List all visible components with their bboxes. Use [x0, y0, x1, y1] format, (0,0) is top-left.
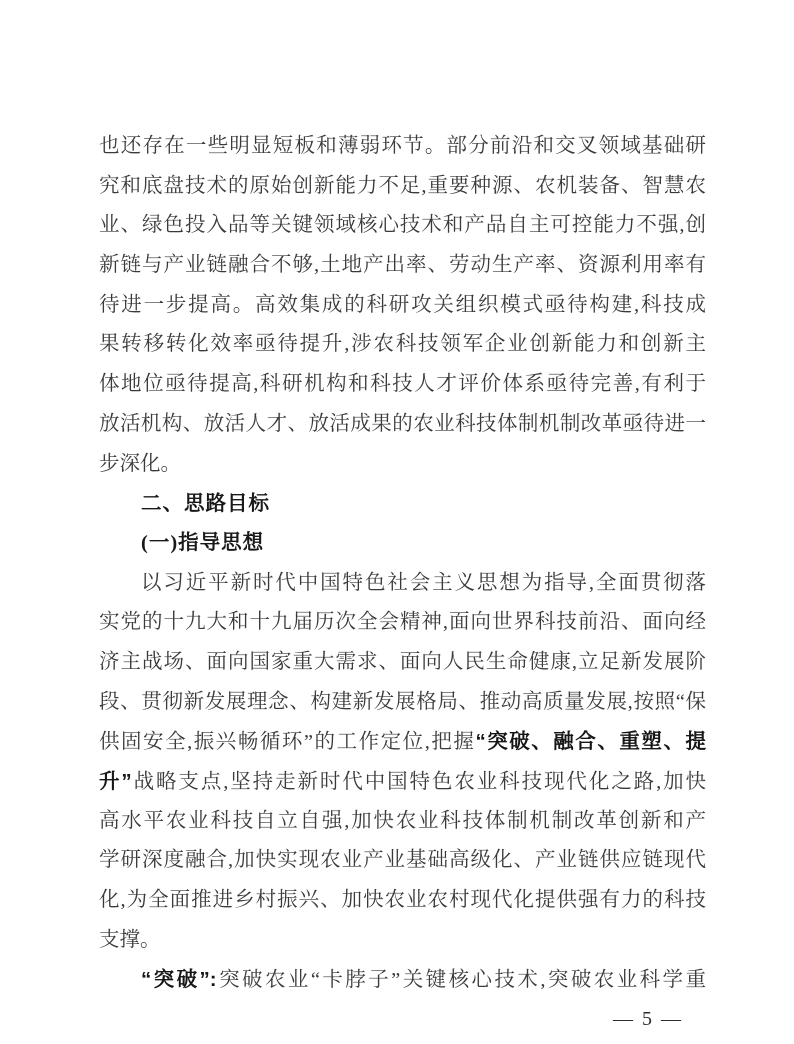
- text-segment: 体地位亟待提高,科研机构和科技人才评价体系亟待完善,有利于: [99, 373, 706, 395]
- para-shortcomings-line: 体地位亟待提高,科研机构和科技人才评价体系亟待完善,有利于: [99, 365, 706, 405]
- para-guiding-thought-line: 化,为全面推进乡村振兴、加快农业农村现代化提供强有力的科技: [99, 881, 706, 921]
- para-breakthrough-line: “突破”:突破农业“卡脖子”关键核心技术,突破农业科学重: [99, 960, 706, 1000]
- text-segment: 供固安全,振兴畅循环”的工作定位,把握: [99, 731, 475, 753]
- document-page: 也还存在一些明显短板和薄弱环节。部分前沿和交叉领域基础研究和底盘技术的原始创新能…: [0, 0, 794, 1044]
- para-shortcomings-line: 果转移转化效率亟待提升,涉农科技领军企业创新能力和创新主: [99, 325, 706, 365]
- bold-text-segment: 升”: [99, 770, 132, 793]
- para-shortcomings-line: 新链与产业链融合不够,土地产出率、劳动生产率、资源利用率有: [99, 246, 706, 286]
- text-segment: 以习近平新时代中国特色社会主义思想为指导,全面贯彻落: [141, 572, 706, 594]
- text-segment: 果转移转化效率亟待提升,涉农科技领军企业创新能力和创新主: [99, 333, 706, 355]
- bold-text-segment: “突破、融合、重塑、提: [475, 730, 706, 753]
- text-segment: 济主战场、面向国家重大需求、面向人民生命健康,立足新发展阶: [99, 651, 706, 673]
- text-segment: 支撑。: [99, 929, 161, 951]
- text-segment: 战略支点,坚持走新时代中国特色农业科技现代化之路,加快: [132, 771, 706, 793]
- para-guiding-thought-line: 高水平农业科技自立自强,加快农业科技体制机制改革创新和产: [99, 802, 706, 842]
- text-segment: 也还存在一些明显短板和薄弱环节。部分前沿和交叉领域基础研: [99, 135, 706, 157]
- para-guiding-thought-line: 升”战略支点,坚持走新时代中国特色农业科技现代化之路,加快: [99, 762, 706, 802]
- para-guiding-thought-line: 段、贯彻新发展理念、构建新发展格局、推动高质量发展,按照“保: [99, 683, 706, 723]
- heading-guiding-thought-line: (一)指导思想: [99, 524, 706, 564]
- text-segment: 放活机构、放活人才、放活成果的农业科技体制机制改革亟待进一: [99, 413, 706, 435]
- para-shortcomings-line: 步深化。: [99, 445, 706, 485]
- para-shortcomings-line: 待进一步提高。高效集成的科研攻关组织模式亟待构建,科技成: [99, 286, 706, 326]
- page-number: — 5 —: [613, 1006, 683, 1032]
- para-shortcomings-line: 业、绿色投入品等关键领域核心技术和产品自主可控能力不强,创: [99, 206, 706, 246]
- para-guiding-thought-line: 以习近平新时代中国特色社会主义思想为指导,全面贯彻落: [99, 564, 706, 604]
- text-segment: 新链与产业链融合不够,土地产出率、劳动生产率、资源利用率有: [99, 254, 706, 276]
- bold-text-segment: (一)指导思想: [141, 532, 264, 554]
- para-guiding-thought-line: 实党的十九大和十九届历次全会精神,面向世界科技前沿、面向经: [99, 603, 706, 643]
- text-segment: 学研深度融合,加快实现农业产业基础高级化、产业链供应链现代: [99, 849, 706, 871]
- para-shortcomings-line: 放活机构、放活人才、放活成果的农业科技体制机制改革亟待进一: [99, 405, 706, 445]
- text-segment: 化,为全面推进乡村振兴、加快农业农村现代化提供强有力的科技: [99, 889, 706, 911]
- para-guiding-thought-line: 供固安全,振兴畅循环”的工作定位,把握“突破、融合、重塑、提: [99, 722, 706, 762]
- text-segment: 高水平农业科技自立自强,加快农业科技体制机制改革创新和产: [99, 810, 706, 832]
- text-segment: 实党的十九大和十九届历次全会精神,面向世界科技前沿、面向经: [99, 611, 706, 633]
- text-segment: 业、绿色投入品等关键领域核心技术和产品自主可控能力不强,创: [99, 214, 706, 236]
- text-segment: 究和底盘技术的原始创新能力不足,重要种源、农机装备、智慧农: [99, 175, 706, 197]
- bold-text-segment: “突破”:: [141, 968, 217, 991]
- para-guiding-thought-line: 学研深度融合,加快实现农业产业基础高级化、产业链供应链现代: [99, 841, 706, 881]
- para-shortcomings-line: 究和底盘技术的原始创新能力不足,重要种源、农机装备、智慧农: [99, 167, 706, 207]
- para-guiding-thought-line: 济主战场、面向国家重大需求、面向人民生命健康,立足新发展阶: [99, 643, 706, 683]
- text-segment: 突破农业“卡脖子”关键核心技术,突破农业科学重: [217, 969, 706, 991]
- text-segment: 待进一步提高。高效集成的科研攻关组织模式亟待构建,科技成: [99, 294, 706, 316]
- para-shortcomings-line: 也还存在一些明显短板和薄弱环节。部分前沿和交叉领域基础研: [99, 127, 706, 167]
- document-body: 也还存在一些明显短板和薄弱环节。部分前沿和交叉领域基础研究和底盘技术的原始创新能…: [99, 127, 706, 1000]
- text-segment: 段、贯彻新发展理念、构建新发展格局、推动高质量发展,按照“保: [99, 691, 706, 713]
- text-segment: 步深化。: [99, 453, 181, 475]
- bold-text-segment: 二、思路目标: [141, 492, 270, 515]
- para-guiding-thought-line: 支撑。: [99, 921, 706, 961]
- heading-section-two-line: 二、思路目标: [99, 484, 706, 524]
